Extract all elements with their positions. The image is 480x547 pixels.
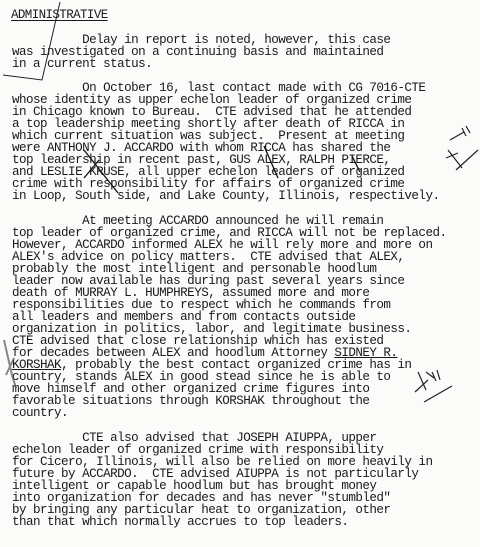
paragraph-aiuppa: CTE also advised that JOSEPH AIUPPA, upp… (12, 432, 432, 528)
paragraph-accardo: At meeting ACCARDO announced he will rem… (12, 215, 446, 419)
text-line: in Loop, South side, and Lake County, Il… (12, 190, 439, 202)
paragraph-delay: Delay in report is noted, however, this … (12, 34, 390, 70)
text-line: favorable situations through KORSHAK thr… (12, 395, 446, 407)
text-line: than that which normally accrues to top … (12, 516, 432, 528)
paragraph-meeting: On October 16, last contact made with CG… (12, 82, 439, 202)
section-heading: ADMINISTRATIVE (11, 8, 108, 22)
document-page: ADMINISTRATIVE Delay in report is noted,… (0, 0, 480, 547)
text-line: in a current status. (12, 58, 390, 70)
text-line: country. (12, 407, 446, 419)
margin-annotation-mark (446, 126, 478, 170)
